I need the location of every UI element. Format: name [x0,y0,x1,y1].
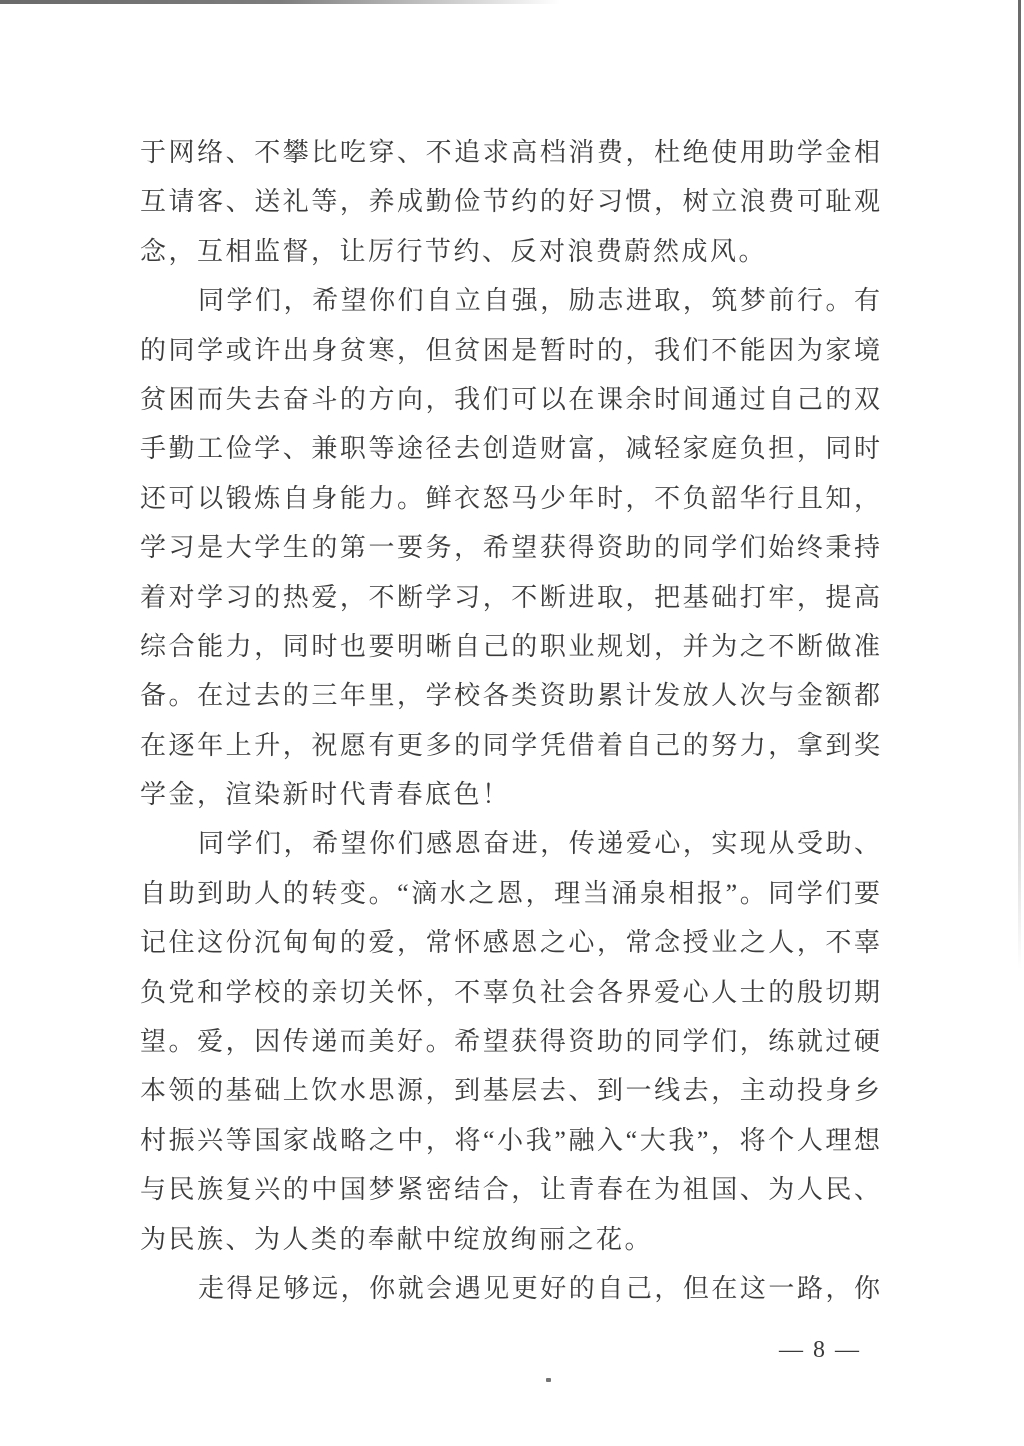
text-line: 手勤工俭学、兼职等途径去创造财富，减轻家庭负担，同时 [140,424,880,473]
text-line: 村振兴等国家战略之中，将“小我”融入“大我”，将个人理想 [140,1116,880,1165]
text-line: 与民族复兴的中国梦紧密结合，让青春在为祖国、为人民、 [140,1165,880,1214]
text-line: 同学们，希望你们自立自强，励志进取，筑梦前行。有 [140,276,880,325]
text-line: 同学们，希望你们感恩奋进，传递爱心，实现从受助、 [140,819,880,868]
scanned-document-page: 于网络、不攀比吃穿、不追求高档消费，杜绝使用助学金相互请客、送礼等，养成勤俭节约… [0,0,1024,1446]
text-line: 负党和学校的亲切关怀，不辜负社会各界爱心人士的殷切期 [140,968,880,1017]
page-footer: — 8 — [760,1334,880,1366]
text-line: 于网络、不攀比吃穿、不追求高档消费，杜绝使用助学金相 [140,128,880,177]
text-line: 学习是大学生的第一要务，希望获得资助的同学们始终秉持 [140,523,880,572]
scan-artifact-top-edge [0,0,560,4]
text-line: 自助到助人的转变。“滴水之恩，理当涌泉相报”。同学们要 [140,869,880,918]
text-line: 望。爱，因传递而美好。希望获得资助的同学们，练就过硬 [140,1017,880,1066]
text-line: 还可以锻炼自身能力。鲜衣怒马少年时，不负韶华行且知， [140,474,880,523]
text-line: 记住这份沉甸甸的爱，常怀感恩之心，常念授业之人，不辜 [140,918,880,967]
text-line: 互请客、送礼等，养成勤俭节约的好习惯，树立浪费可耻观 [140,177,880,226]
page-number: — 8 — [779,1337,861,1363]
text-line: 走得足够远，你就会遇见更好的自己，但在这一路，你 [140,1264,880,1313]
text-line: 综合能力，同时也要明晰自己的职业规划，并为之不断做准 [140,622,880,671]
text-line: 学金，渲染新时代青春底色！ [140,770,880,819]
text-line: 在逐年上升，祝愿有更多的同学凭借着自己的努力，拿到奖 [140,721,880,770]
document-body: 于网络、不攀比吃穿、不追求高档消费，杜绝使用助学金相互请客、送礼等，养成勤俭节约… [140,128,880,1313]
text-line: 念，互相监督，让厉行节约、反对浪费蔚然成风。 [140,227,880,276]
text-line: 着对学习的热爱，不断学习，不断进取，把基础打牢，提高 [140,573,880,622]
text-line: 备。在过去的三年里，学校各类资助累计发放人次与金额都 [140,671,880,720]
text-line: 的同学或许出身贫寒，但贫困是暂时的，我们不能因为家境 [140,326,880,375]
text-line: 贫困而失去奋斗的方向，我们可以在课余时间通过自己的双 [140,375,880,424]
scan-artifact-right-edge [1018,0,1021,970]
text-line: 本领的基础上饮水思源，到基层去、到一线去，主动投身乡 [140,1066,880,1115]
text-line: 为民族、为人类的奉献中绽放绚丽之花。 [140,1215,880,1264]
scan-speck [546,1378,551,1382]
